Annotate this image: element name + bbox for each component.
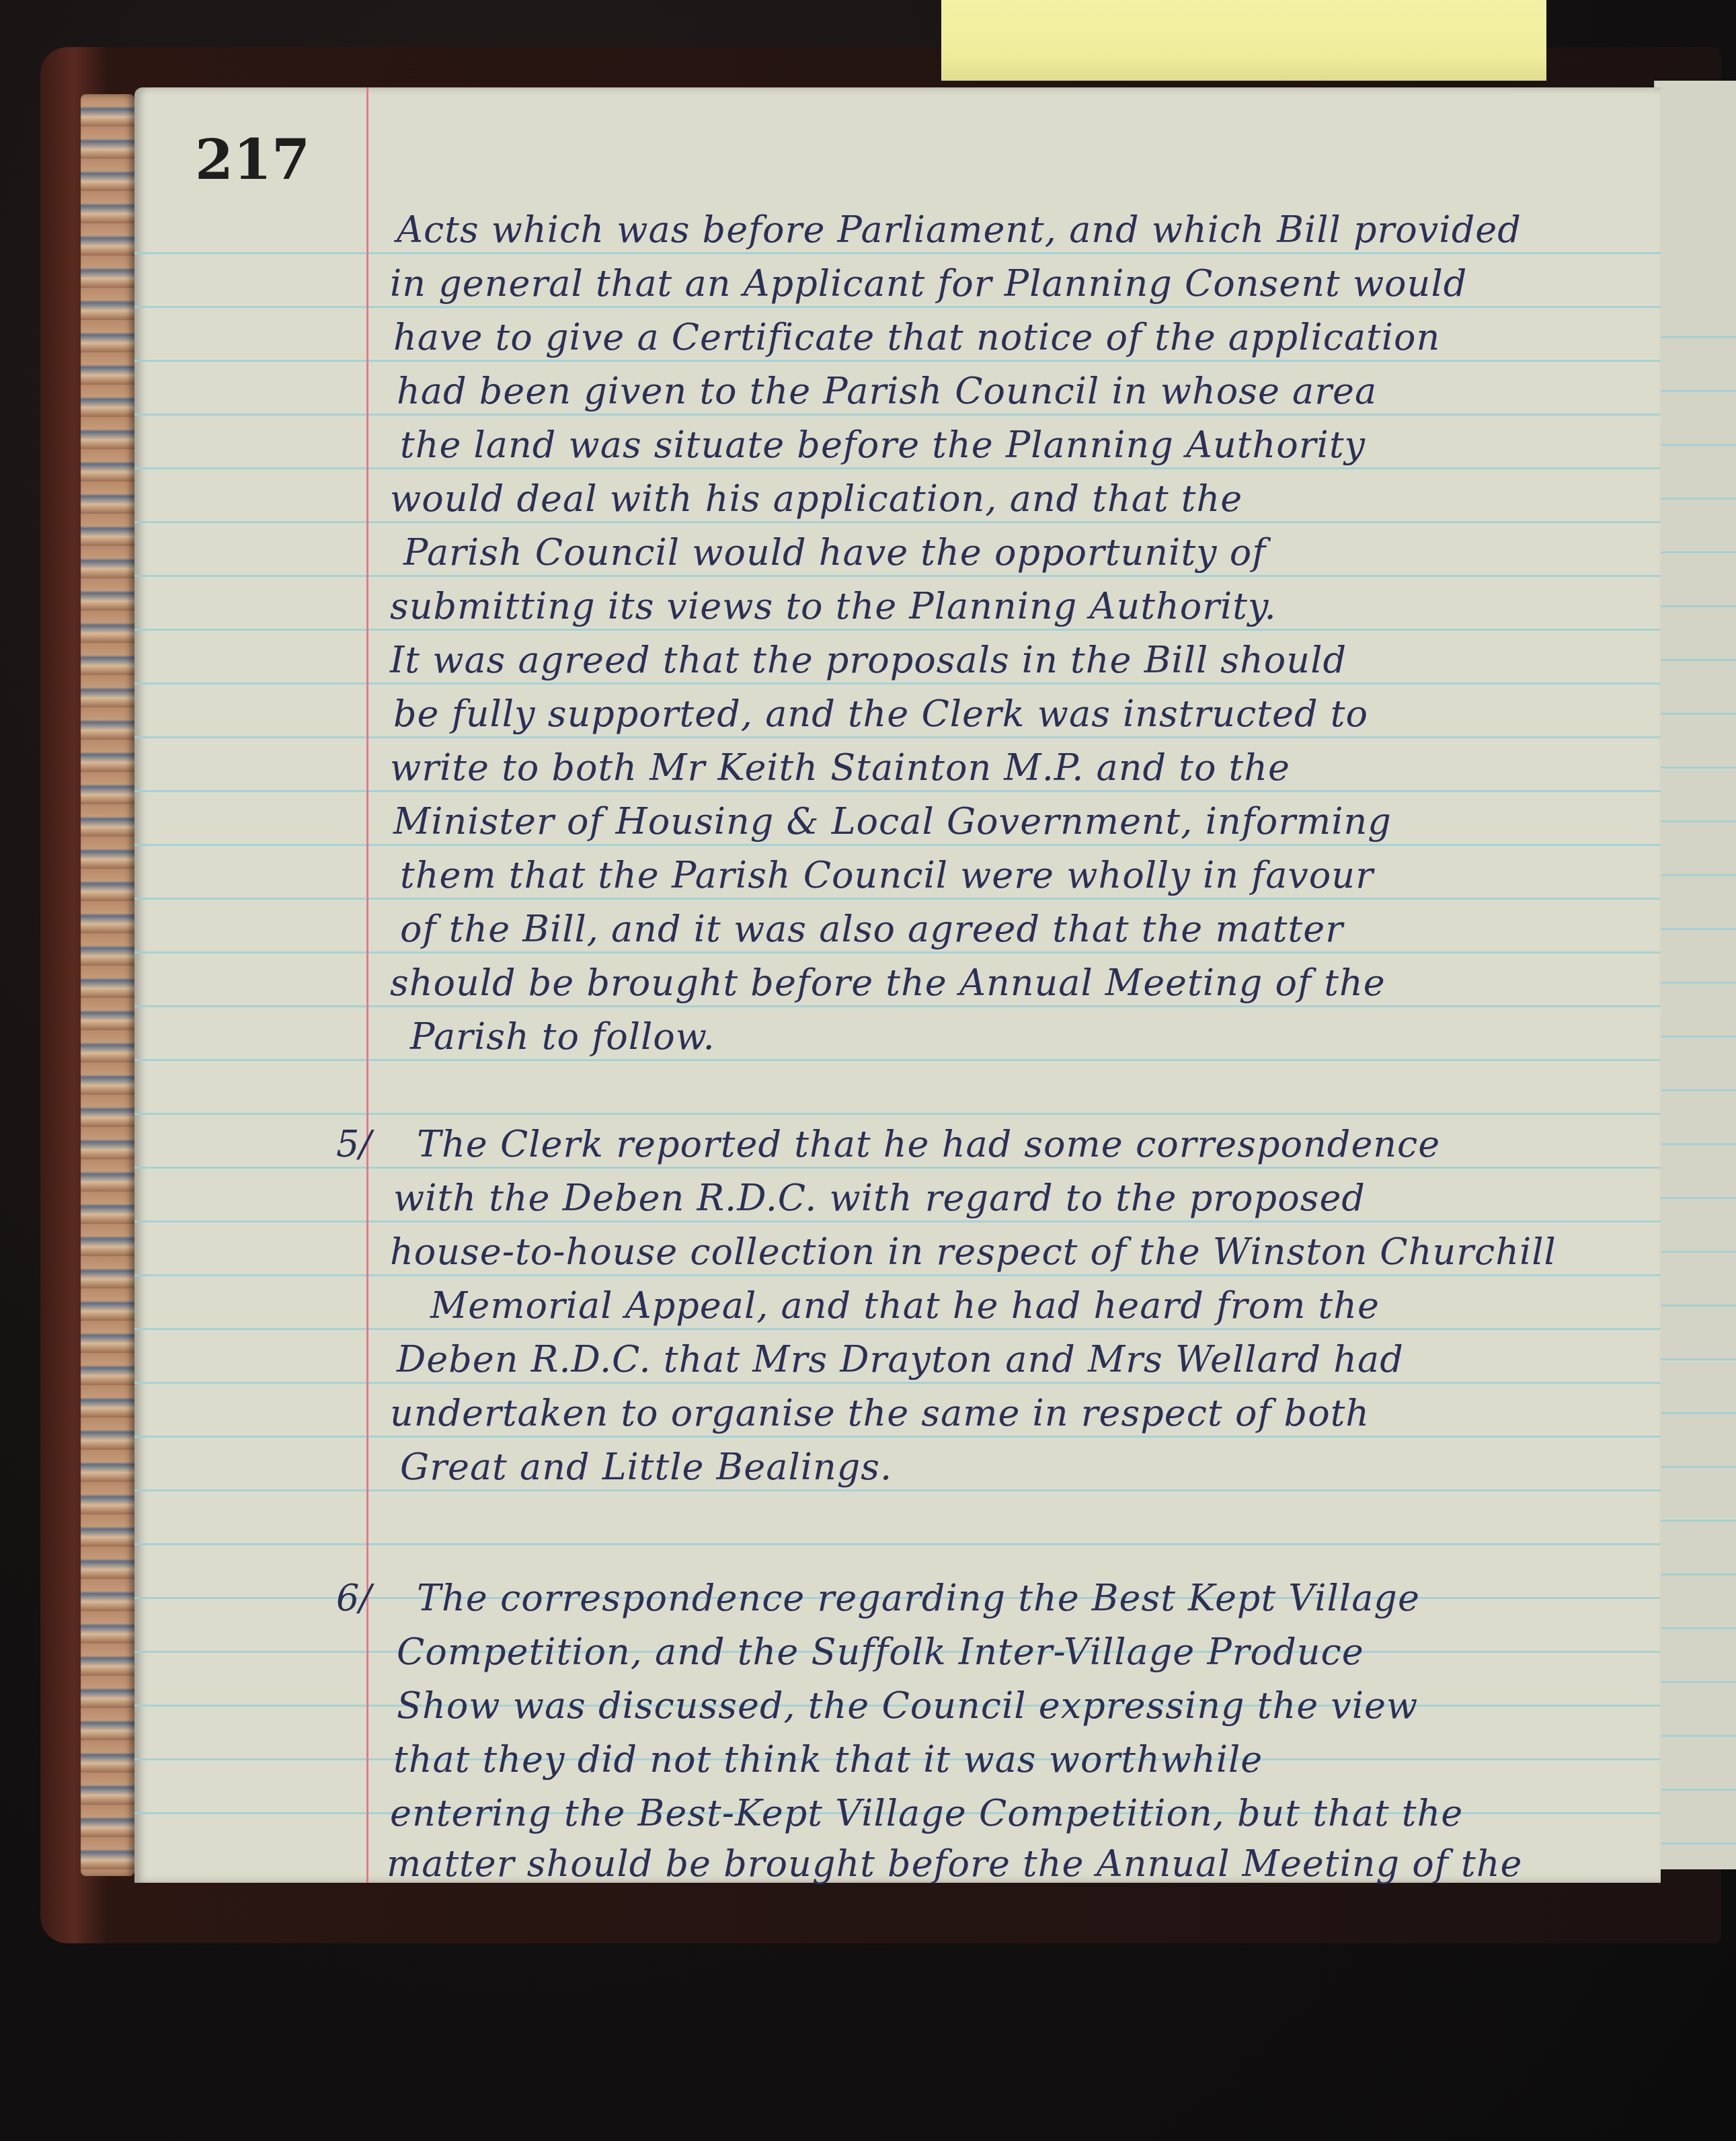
marbled-page-edges [81,94,134,1876]
handwritten-line: Parish to follow. [410,1015,715,1058]
ruled-line [134,951,1661,953]
handwritten-line: house-to-house collection in respect of … [390,1231,1556,1273]
ruled-line [1655,928,1736,930]
ruled-line [1655,1842,1736,1844]
notebook-page: 217 Acts which was before Parliament, an… [134,87,1661,1883]
ruled-line [1655,713,1736,715]
ruled-line [1655,1412,1736,1414]
handwritten-line: them that the Parish Council were wholly… [400,854,1374,896]
ruled-line [1655,1627,1736,1629]
ruled-line [134,521,1661,523]
page-number: 217 [195,128,310,192]
item-number: 6/ [336,1577,372,1619]
handwritten-line: had been given to the Parish Council in … [397,370,1377,412]
ruled-line [134,306,1661,308]
handwritten-line: have to give a Certificate that notice o… [393,316,1440,358]
ruled-line [134,1543,1661,1545]
handwritten-line: be fully supported, and the Clerk was in… [393,693,1368,735]
handwritten-line: It was agreed that the proposals in the … [390,639,1347,681]
handwritten-line: with the Deben R.D.C. with regard to the… [393,1177,1366,1219]
handwritten-line: Show was discussed, the Council expressi… [397,1684,1418,1727]
ruled-line [134,414,1661,416]
handwritten-line: in general that an Applicant for Plannin… [390,262,1467,305]
ruled-line [134,629,1661,631]
ruled-line [134,1059,1661,1061]
ruled-line [1655,1251,1736,1253]
ruled-line [134,1328,1661,1330]
handwritten-line: Competition, and the Suffolk Inter-Villa… [397,1631,1364,1673]
ruled-line [134,1113,1661,1115]
ruled-line [134,1220,1661,1222]
ruled-line [1655,659,1736,661]
ruled-line [1655,874,1736,876]
handwritten-line: should be brought before the Annual Meet… [390,962,1386,1004]
ruled-line [134,844,1661,846]
handwritten-line: would deal with his application, and tha… [390,477,1242,520]
handwritten-line: Parish Council would have the opportunit… [403,531,1266,574]
ruled-line [134,790,1661,792]
item-number: 5/ [336,1123,372,1165]
handwritten-line: Minister of Housing & Local Government, … [393,800,1392,843]
ruled-line [1655,1520,1736,1522]
handwritten-line: Memorial Appeal, and that he had heard f… [430,1284,1380,1327]
ruled-line [1655,820,1736,822]
ruled-line [134,683,1661,685]
ruled-line [1655,1735,1736,1737]
ruled-line [1655,605,1736,607]
ruled-line [134,467,1661,469]
ruled-line [134,252,1661,254]
ruled-line [1655,551,1736,553]
ruled-line [134,360,1661,362]
ruled-line [1655,1466,1736,1468]
handwritten-line: The correspondence regarding the Best Ke… [417,1577,1420,1619]
handwritten-line: Great and Little Bealings. [400,1446,892,1488]
ruled-line [1655,1197,1736,1199]
ruled-line [1655,336,1736,338]
handwritten-line: write to both Mr Keith Stainton M.P. and… [390,746,1290,789]
ruled-line [1655,1681,1736,1683]
handwritten-line: of the Bill, and it was also agreed that… [400,908,1343,950]
ruled-line [1655,1358,1736,1360]
ruled-line [134,1436,1661,1438]
ruled-line [1655,1305,1736,1307]
ruled-line [1655,1089,1736,1091]
handwritten-line: submitting its views to the Planning Aut… [390,585,1277,627]
ruled-line [134,1382,1661,1384]
handwritten-line: the land was situate before the Planning… [400,424,1366,466]
ruled-line [1655,1143,1736,1145]
ruled-line [134,1005,1661,1007]
facing-page-edge [1654,81,1736,1869]
handwritten-line: that they did not think that it was wort… [393,1738,1263,1781]
ruled-line [134,898,1661,900]
ruled-line [1655,767,1736,769]
handwritten-line: Acts which was before Parliament, and wh… [397,208,1522,251]
ruled-line [1655,1573,1736,1575]
ruled-line [134,575,1661,577]
ruled-line [1655,982,1736,984]
handwritten-line: Deben R.D.C. that Mrs Drayton and Mrs We… [397,1338,1404,1380]
yellow-sticky-note [941,0,1546,81]
ruled-line [1655,390,1736,392]
ruled-line [134,736,1661,738]
ruled-line [134,1274,1661,1276]
handwritten-line: matter should be brought before the Annu… [387,1842,1522,1885]
ruled-line [1655,444,1736,446]
ruled-line [1655,498,1736,500]
ruled-line [134,1167,1661,1169]
ruled-line [134,1489,1661,1491]
handwritten-line: entering the Best-Kept Village Competiti… [390,1792,1463,1834]
handwritten-line: The Clerk reported that he had some corr… [417,1123,1440,1165]
handwritten-line: undertaken to organise the same in respe… [390,1392,1370,1434]
ruled-line [1655,1036,1736,1038]
ruled-line [1655,1789,1736,1791]
